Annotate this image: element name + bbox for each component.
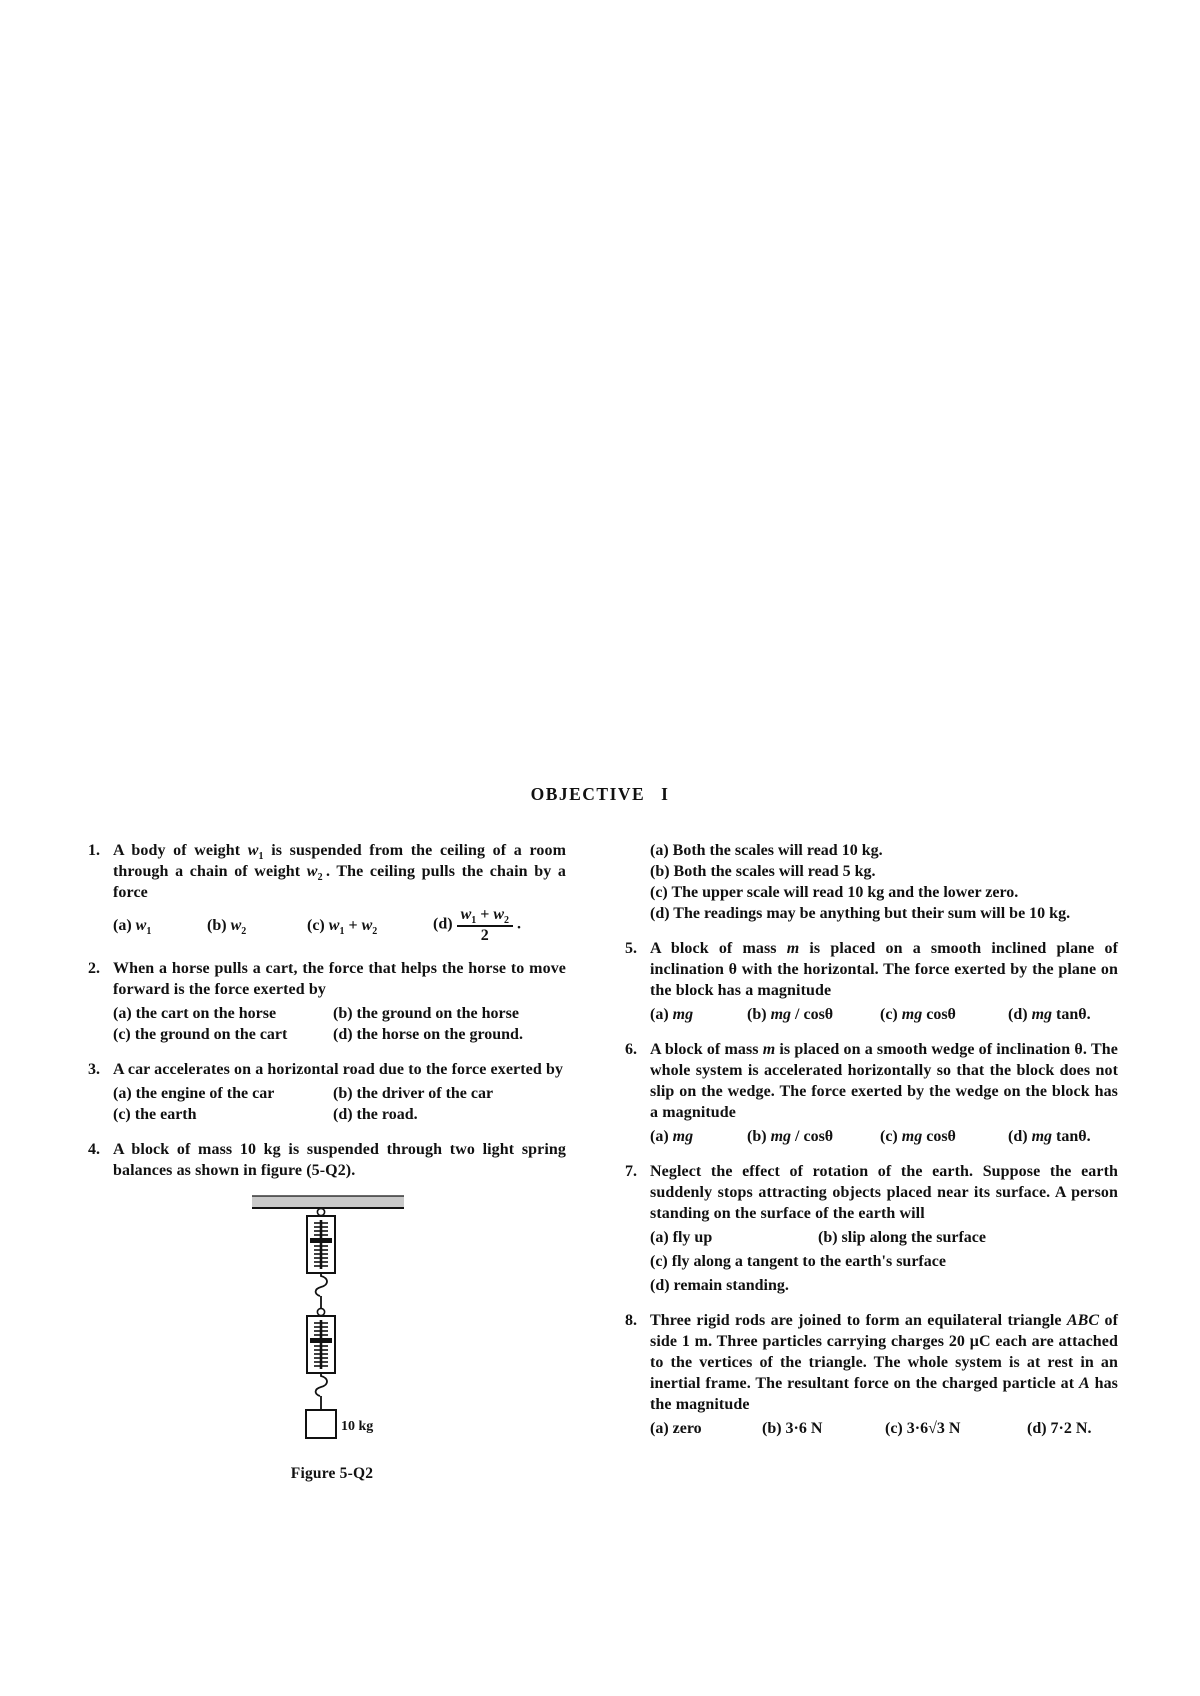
option-b: (b) Both the scales will read 5 kg. xyxy=(650,861,1118,882)
middle-hook-icon xyxy=(316,1273,327,1316)
option-c: (c) fly along a tangent to the earth's s… xyxy=(650,1251,946,1272)
option-b: (b) mg / cosθ xyxy=(747,1126,880,1147)
question-text: When a horse pulls a cart, the force tha… xyxy=(113,958,566,1000)
spring-balance-1 xyxy=(307,1216,335,1273)
option-a: (a) w1 xyxy=(113,915,207,936)
option-a: (a) fly up xyxy=(650,1227,818,1248)
option-b: (b) the ground on the horse xyxy=(333,1003,566,1024)
spring-balance-2 xyxy=(307,1316,335,1373)
question-7: 7. Neglect the effect of rotation of the… xyxy=(625,1161,1118,1296)
left-column: 1. A body of weight w1 is suspended from… xyxy=(88,840,566,1484)
question-number: 6. xyxy=(625,1039,650,1147)
options-stack: (a) Both the scales will read 10 kg. (b)… xyxy=(650,840,1118,924)
bottom-hook-icon xyxy=(316,1373,327,1410)
question-number: 1. xyxy=(88,840,113,944)
textbook-page: OBJECTIVE I 1. A body of weight w1 is su… xyxy=(0,0,1200,1696)
options-row: (c) fly along a tangent to the earth's s… xyxy=(650,1251,1118,1272)
question-5: 5. A block of mass m is placed on a smoo… xyxy=(625,938,1118,1025)
options-row: (a) mg (b) mg / cosθ (c) mg cosθ (d) mg … xyxy=(650,1126,1118,1147)
question-number: 4. xyxy=(88,1139,113,1181)
option-a: (a) the cart on the horse xyxy=(113,1003,333,1024)
question-8: 8. Three rigid rods are joined to form a… xyxy=(625,1310,1118,1439)
option-d: (d) remain standing. xyxy=(650,1275,789,1296)
options-row: (a) fly up (b) slip along the surface xyxy=(650,1227,1118,1248)
question-3: 3. A car accelerates on a horizontal roa… xyxy=(88,1059,566,1125)
option-b: (b) mg / cosθ xyxy=(747,1004,880,1025)
section-heading: OBJECTIVE I xyxy=(0,784,1200,804)
option-d: (d) the road. xyxy=(333,1104,566,1125)
options-grid: (a) the cart on the horse (b) the ground… xyxy=(113,1003,566,1045)
option-c: (c) the ground on the cart xyxy=(113,1024,333,1045)
question-text: Neglect the effect of rotation of the ea… xyxy=(650,1161,1118,1224)
question-number: 7. xyxy=(625,1161,650,1296)
option-b: (b) w2 xyxy=(207,915,307,936)
spring-balance-diagram: 10 kg xyxy=(248,1195,408,1440)
options-row: (a) zero (b) 3·6 N (c) 3·6√3 N (d) 7·2 N… xyxy=(650,1418,1118,1439)
question-text: A block of mass m is placed on a smooth … xyxy=(650,938,1118,1001)
option-a: (a) mg xyxy=(650,1126,747,1147)
option-d: (d) mg tanθ. xyxy=(1008,1004,1091,1025)
option-a: (a) Both the scales will read 10 kg. xyxy=(650,840,1118,861)
weight-block xyxy=(306,1410,336,1438)
question-number: 2. xyxy=(88,958,113,1045)
weight-label: 10 kg xyxy=(341,1419,373,1434)
option-c: (c) mg cosθ xyxy=(880,1126,1008,1147)
option-d: (d) the horse on the ground. xyxy=(333,1024,566,1045)
option-d: (d) 7·2 N. xyxy=(1027,1418,1091,1439)
two-column-content: 1. A body of weight w1 is suspended from… xyxy=(88,840,1118,1484)
figure-5-q2: 10 kg Figure 5-Q2 xyxy=(248,1195,416,1484)
question-1: 1. A body of weight w1 is suspended from… xyxy=(88,840,566,944)
ceiling xyxy=(252,1196,404,1208)
question-6: 6. A block of mass m is placed on a smoo… xyxy=(625,1039,1118,1147)
question-number: 3. xyxy=(88,1059,113,1125)
option-b: (b) 3·6 N xyxy=(762,1418,885,1439)
question-2: 2. When a horse pulls a cart, the force … xyxy=(88,958,566,1045)
options-row: (a) mg (b) mg / cosθ (c) mg cosθ (d) mg … xyxy=(650,1004,1118,1025)
question-number: 5. xyxy=(625,938,650,1025)
option-d: (d) mg tanθ. xyxy=(1008,1126,1091,1147)
question-4: 4. A block of mass 10 kg is suspended th… xyxy=(88,1139,566,1181)
options-grid: (a) the engine of the car (b) the driver… xyxy=(113,1083,566,1125)
option-a: (a) zero xyxy=(650,1418,762,1439)
option-c: (c) mg cosθ xyxy=(880,1004,1008,1025)
option-b: (b) the driver of the car xyxy=(333,1083,566,1104)
option-d: (d) The readings may be anything but the… xyxy=(650,903,1118,924)
option-c: (c) the earth xyxy=(113,1104,333,1125)
option-a: (a) mg xyxy=(650,1004,747,1025)
option-c: (c) The upper scale will read 10 kg and … xyxy=(650,882,1118,903)
top-hook-icon xyxy=(317,1209,324,1216)
question-text: A block of mass m is placed on a smooth … xyxy=(650,1039,1118,1123)
question-text: A body of weight w1 is suspended from th… xyxy=(113,840,566,903)
options-row: (a) w1 (b) w2 (c) w1 + w2 (d) w1 + w22 . xyxy=(113,906,566,944)
question-text: A car accelerates on a horizontal road d… xyxy=(113,1059,566,1080)
figure-caption: Figure 5-Q2 xyxy=(248,1463,416,1484)
question-4-options: (a) Both the scales will read 10 kg. (b)… xyxy=(625,840,1118,924)
question-number: 8. xyxy=(625,1310,650,1439)
option-b: (b) slip along the surface xyxy=(818,1227,986,1248)
option-c: (c) w1 + w2 xyxy=(307,915,433,936)
option-a: (a) the engine of the car xyxy=(113,1083,333,1104)
right-column: (a) Both the scales will read 10 kg. (b)… xyxy=(625,840,1118,1484)
option-c: (c) 3·6√3 N xyxy=(885,1418,1027,1439)
options-row: (d) remain standing. xyxy=(650,1275,1118,1296)
question-text: A block of mass 10 kg is suspended throu… xyxy=(113,1139,566,1181)
option-d: (d) w1 + w22 . xyxy=(433,906,521,944)
question-text: Three rigid rods are joined to form an e… xyxy=(650,1310,1118,1415)
